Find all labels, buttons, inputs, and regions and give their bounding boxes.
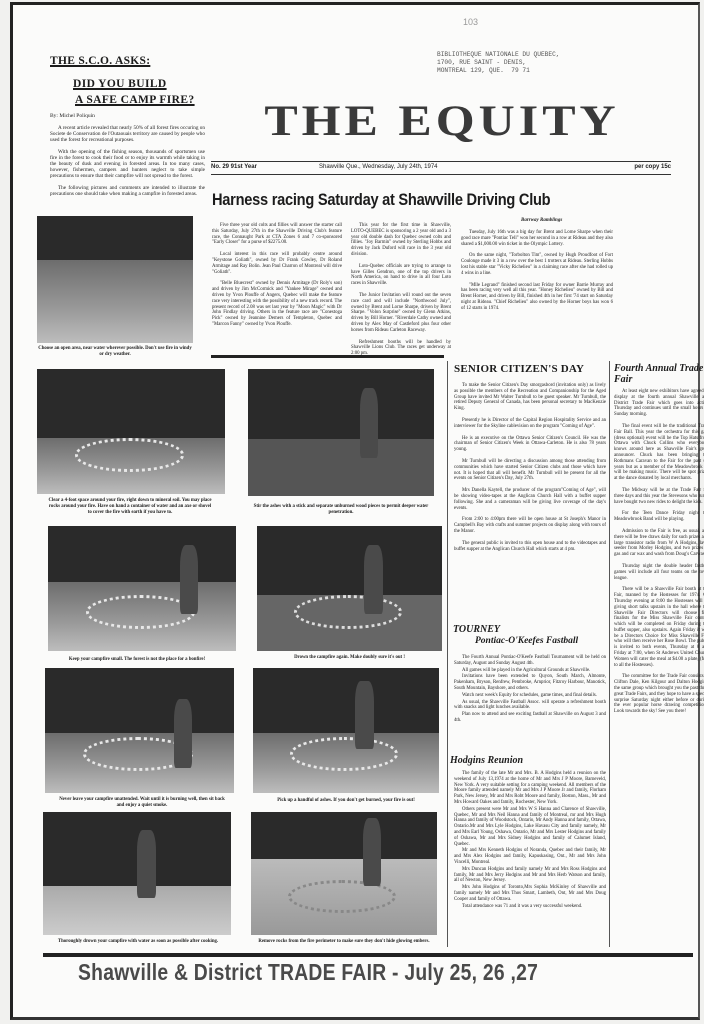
issue-number: No. 29 91st Year bbox=[211, 164, 257, 170]
harness-headline: Harness racing Saturday at Shawville Dri… bbox=[212, 190, 550, 210]
publication-date: Shawville Que., Wednesday, July 24th, 19… bbox=[319, 164, 438, 170]
library-stamp: BIBLIOTHEQUE NATIONALE DU QUEBEC, 1700, … bbox=[437, 51, 560, 75]
column-rule bbox=[447, 361, 448, 947]
fair-paragraph: Thursday night the double header fastbal… bbox=[614, 564, 704, 581]
sco-paragraph: The following pictures and comments are … bbox=[50, 185, 205, 197]
fair-paragraph: The final event will be the traditional … bbox=[614, 424, 704, 482]
senior-body: To make the Senior Citizen's Day smorgas… bbox=[454, 383, 606, 558]
masthead-title: THE EQUITY bbox=[211, 99, 673, 142]
sco-body: A recent article revealed that nearly 50… bbox=[50, 125, 205, 202]
senior-paragraph: The general public is invited to this op… bbox=[454, 541, 606, 553]
sco-title-line2: A SAFE CAMP FIRE? bbox=[75, 92, 195, 108]
tourney-paragraph: The Fourth Annual Pontiac-O'Keefe Fastba… bbox=[454, 655, 606, 667]
tourney-paragraph: Plan now to attend and see exciting fast… bbox=[454, 712, 606, 724]
senior-headline: SENIOR CITIZEN'S DAY bbox=[454, 363, 584, 375]
harness-paragraph: Loto-Quebec officials are trying to arra… bbox=[351, 264, 451, 287]
photo-drown-again bbox=[257, 526, 442, 651]
newspaper-page: 103 BIBLIOTHEQUE NATIONALE DU QUEBEC, 17… bbox=[10, 2, 700, 1020]
senior-paragraph: To make the Senior Citizen's Day smorgas… bbox=[454, 383, 606, 412]
senior-paragraph: Mrs Danella Kaytell, the producer of the… bbox=[454, 488, 606, 511]
photo-caption: Keep your campfire small. The forest is … bbox=[37, 657, 237, 663]
harness-col-b: This year for the first time in Shawvill… bbox=[351, 223, 451, 363]
photo-open-area bbox=[37, 216, 193, 343]
harness-col-a: Five three year old colts and fillies wi… bbox=[212, 223, 342, 334]
hodgins-paragraph: Mrs Duncan Hodgins and family namely Mr … bbox=[454, 867, 606, 884]
photo-handful-ashes bbox=[253, 668, 439, 793]
tourney-paragraph: Watch next week's Equity for schedules, … bbox=[454, 693, 606, 699]
hodgins-body: The family of the late Mr and Mrs. B. A … bbox=[454, 771, 606, 910]
sco-title-line1: DID YOU BUILD bbox=[73, 76, 195, 92]
fair-paragraph: The Midway will be at the Trade Fair for… bbox=[614, 488, 704, 505]
photo-clear-space bbox=[37, 369, 225, 494]
fair-paragraph: For the Teen Dance Friday night the Mead… bbox=[614, 511, 704, 523]
trade-fair-banner: Shawville & District TRADE FAIR - July 2… bbox=[78, 959, 538, 986]
sco-title: DID YOU BUILD A SAFE CAMP FIRE? bbox=[73, 76, 195, 108]
ramblings-paragraph: "Mlle Legrand" finished second last Frid… bbox=[461, 283, 613, 312]
harness-paragraph: This year for the first time in Shawvill… bbox=[351, 223, 451, 258]
dateline-bar: No. 29 91st Year Shawville Que., Wednesd… bbox=[211, 161, 671, 175]
ramblings-paragraph: On the same night, "Torbolton Tim", owne… bbox=[461, 253, 613, 276]
sco-kicker: THE S.C.O. ASKS: bbox=[50, 55, 150, 67]
sco-byline: By: Michel Poliquin bbox=[50, 113, 95, 119]
tourney-paragraph: All games will be played in the Agricult… bbox=[454, 668, 606, 674]
banner-rule bbox=[43, 953, 693, 957]
handwritten-page-number: 103 bbox=[463, 17, 478, 27]
senior-paragraph: From 2:00 to 4:00pm there will be open h… bbox=[454, 517, 606, 534]
senior-paragraph: Mr Turnbull will be directing a discussi… bbox=[454, 459, 606, 482]
senior-paragraph: He is an executive on the Ottawa Senior … bbox=[454, 436, 606, 453]
hodgins-paragraph: Total attendance was 71 and it was a ver… bbox=[454, 904, 606, 910]
photo-never-unattended bbox=[45, 668, 234, 793]
photo-caption: Drown the campfire again. Make doubly su… bbox=[257, 655, 442, 661]
hodgins-paragraph: Mr and Mrs Kenneth Hodgins of Noranda, Q… bbox=[454, 848, 606, 865]
ramblings-heading: Barrway Ramblings bbox=[521, 218, 562, 223]
column-rule bbox=[609, 361, 610, 947]
photo-remove-rocks bbox=[251, 812, 437, 935]
senior-paragraph: Presently he is Director of the Capital … bbox=[454, 418, 606, 430]
fair-headline: Fourth Annual Trade Fair bbox=[614, 363, 704, 385]
harness-paragraph: The Junior Invitation will round out the… bbox=[351, 293, 451, 334]
photo-stir-ashes bbox=[248, 369, 434, 496]
section-divider bbox=[211, 355, 444, 358]
photo-thoroughly-drown bbox=[43, 812, 231, 935]
hodgins-paragraph: The family of the late Mr and Mrs. B. A … bbox=[454, 771, 606, 806]
tourney-paragraph: As usual, the Shawville Fastball Assoc. … bbox=[454, 700, 606, 712]
fair-paragraph: Admission to the Fair is free, as usual,… bbox=[614, 529, 704, 558]
photo-keep-small bbox=[48, 526, 236, 651]
photo-caption: Never leave your campfire unattended. Wa… bbox=[57, 797, 227, 809]
photo-caption: Thoroughly drown your campfire with wate… bbox=[53, 939, 223, 945]
tourney-body: The Fourth Annual Pontiac-O'Keefe Fastba… bbox=[454, 655, 606, 725]
fair-body: At least eight new exhibitors have agree… bbox=[614, 389, 704, 721]
harness-paragraph: Local interest in this race will probabl… bbox=[212, 252, 342, 275]
tourney-subheadline: Pontiac-O'Keefes Fastball bbox=[475, 636, 578, 646]
fair-paragraph: The committee for the Trade Fair consist… bbox=[614, 674, 704, 715]
tourney-paragraph: Invitations have been extended to Quyon,… bbox=[454, 674, 606, 691]
harness-paragraph: Five three year old colts and fillies wi… bbox=[212, 223, 342, 246]
photo-caption: Stir the ashes with a stick and separate… bbox=[251, 504, 431, 516]
harness-col-c: Tuesday, July 16th was a big day for Bre… bbox=[461, 230, 613, 318]
price: per copy 15c bbox=[634, 164, 671, 170]
photo-caption: Remove rocks from the fire perimeter to … bbox=[251, 939, 437, 945]
sco-paragraph: With the opening of the fishing season, … bbox=[50, 149, 205, 180]
hodgins-paragraph: Mrs John Hodgins of Toronto,Mrs Sophia M… bbox=[454, 885, 606, 902]
fair-paragraph: There will be a Shawville Fair booth at … bbox=[614, 587, 704, 668]
photo-caption: Clear a 4-foot space around your fire, r… bbox=[47, 498, 213, 515]
photo-caption: Choose an open area, near water wherever… bbox=[37, 346, 193, 358]
photo-caption: Pick up a handful of ashes. If you don't… bbox=[253, 798, 439, 804]
fair-paragraph: At least eight new exhibitors have agree… bbox=[614, 389, 704, 418]
hodgins-paragraph: Others present were Mr and Mrs W S Hanna… bbox=[454, 807, 606, 848]
ramblings-paragraph: Tuesday, July 16th was a big day for Bre… bbox=[461, 230, 613, 247]
harness-paragraph: "Belle Bluecrest" owned by Dennis Armita… bbox=[212, 281, 342, 327]
sco-paragraph: A recent article revealed that nearly 50… bbox=[50, 125, 205, 144]
tourney-headline: TOURNEY bbox=[453, 624, 500, 635]
hodgins-headline: Hodgins Reunion bbox=[450, 755, 523, 766]
